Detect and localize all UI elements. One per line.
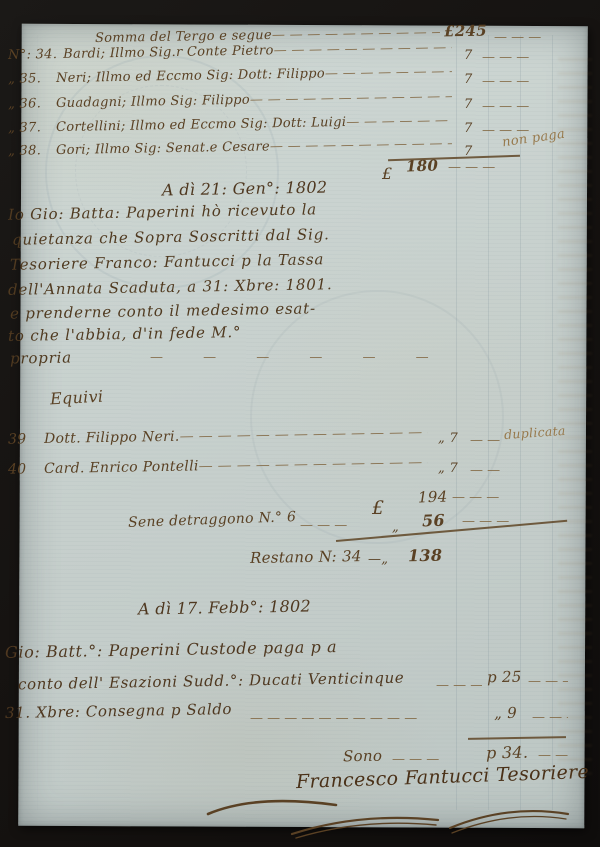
column-rule-3	[520, 35, 521, 810]
member-name: Card. Enrico Pontelli	[44, 458, 199, 477]
payment-amount-2: „ 9	[494, 704, 517, 722]
dash-leader: — — — — — — — — — —	[250, 711, 482, 725]
row-number: 39	[8, 431, 38, 448]
row-amount: 7	[464, 121, 473, 136]
row-amount: „ 7	[438, 461, 458, 476]
column-rule-1	[456, 35, 457, 810]
sum-amount: p 34.	[486, 743, 529, 763]
subtotal-amount: 194	[418, 487, 448, 506]
dash-trailer: — — — — — — — — — —	[150, 350, 440, 364]
row-number: „ 36.	[8, 96, 50, 112]
dash-leader: — — —	[436, 678, 482, 692]
dash-leader: — — — — — — — — — — — — — — — — — — — — …	[250, 89, 452, 107]
row-number: N°: 34.	[8, 47, 57, 63]
remainder-amount: 138	[408, 546, 443, 566]
dash-trailer: — — —	[482, 74, 552, 88]
row-amount: 7	[464, 72, 473, 87]
dash-trailer: — — —	[470, 433, 502, 447]
payment-amount-1: p 25	[487, 668, 522, 687]
ink-bleedthrough	[558, 55, 592, 775]
dash-leader: — — —	[300, 518, 348, 532]
dash-trailer: — — —	[452, 490, 504, 504]
member-name: Dott. Filippo Neri.	[44, 429, 180, 447]
dash-leader: — — — — — — — — — — — — — — — — — — — — …	[274, 40, 453, 57]
row-number: „ 35.	[8, 71, 50, 87]
deduction-ditto-mark: „	[392, 520, 399, 535]
row-amount: 7	[464, 97, 473, 112]
deduction-amount: 56	[422, 511, 446, 531]
row-amount: 7	[464, 48, 473, 63]
remainder-label: Restano N: 34	[250, 547, 362, 567]
dash-leader: — — — — — — — — — — — — — — — — — — — — …	[346, 113, 452, 129]
dash-trailer: — — —	[470, 463, 502, 477]
row-number: „ 38.	[8, 143, 50, 159]
dash-leader: — — — — — — — — — — — — — — — — — — — — …	[272, 25, 440, 42]
dash-trailer: — — —	[528, 674, 568, 688]
payment-date: A dì 17. Febb°: 1802	[138, 596, 311, 618]
column-rule-2	[488, 35, 489, 810]
row-number: „ 37.	[8, 120, 50, 136]
carry-forward-amount: £245	[444, 22, 487, 41]
dash-leader: — — — — — — — — — — — — — — — — — — — — …	[270, 136, 452, 153]
row-amount: „ 7	[438, 431, 458, 446]
dash-trailer: — — —	[448, 160, 506, 174]
signature-flourish-icon	[200, 788, 580, 840]
receipt-date: A dì 21: Gen°: 1802	[162, 178, 328, 200]
equivi-heading: Equivi	[50, 387, 104, 409]
dash-leader: — — —	[392, 752, 476, 766]
total-currency-mark: £	[382, 164, 392, 183]
sum-label: Sono	[343, 747, 383, 766]
receipt-line-7: propria	[10, 348, 72, 367]
photographed-manuscript: Somma del Tergo e segue — — — — — — — — …	[0, 0, 600, 847]
dash-trailer: — — —	[482, 50, 552, 64]
remainder-ditto-mark: —„	[368, 552, 388, 567]
dash-leader: — — — — — — — — — — — — — — — — — — — — …	[199, 454, 429, 473]
dash-trailer: — — —	[538, 748, 568, 762]
row-number: 40	[8, 461, 38, 478]
dash-trailer: — — —	[494, 30, 564, 44]
dash-trailer: — — —	[532, 710, 568, 724]
dash-leader: — — — — — — — — — — — — — — — — — — — — …	[325, 64, 452, 81]
dash-trailer: — — —	[482, 99, 552, 113]
deduction-currency-mark: £	[372, 497, 384, 519]
column-rule-4	[552, 35, 553, 810]
total-amount: 180	[406, 156, 439, 175]
